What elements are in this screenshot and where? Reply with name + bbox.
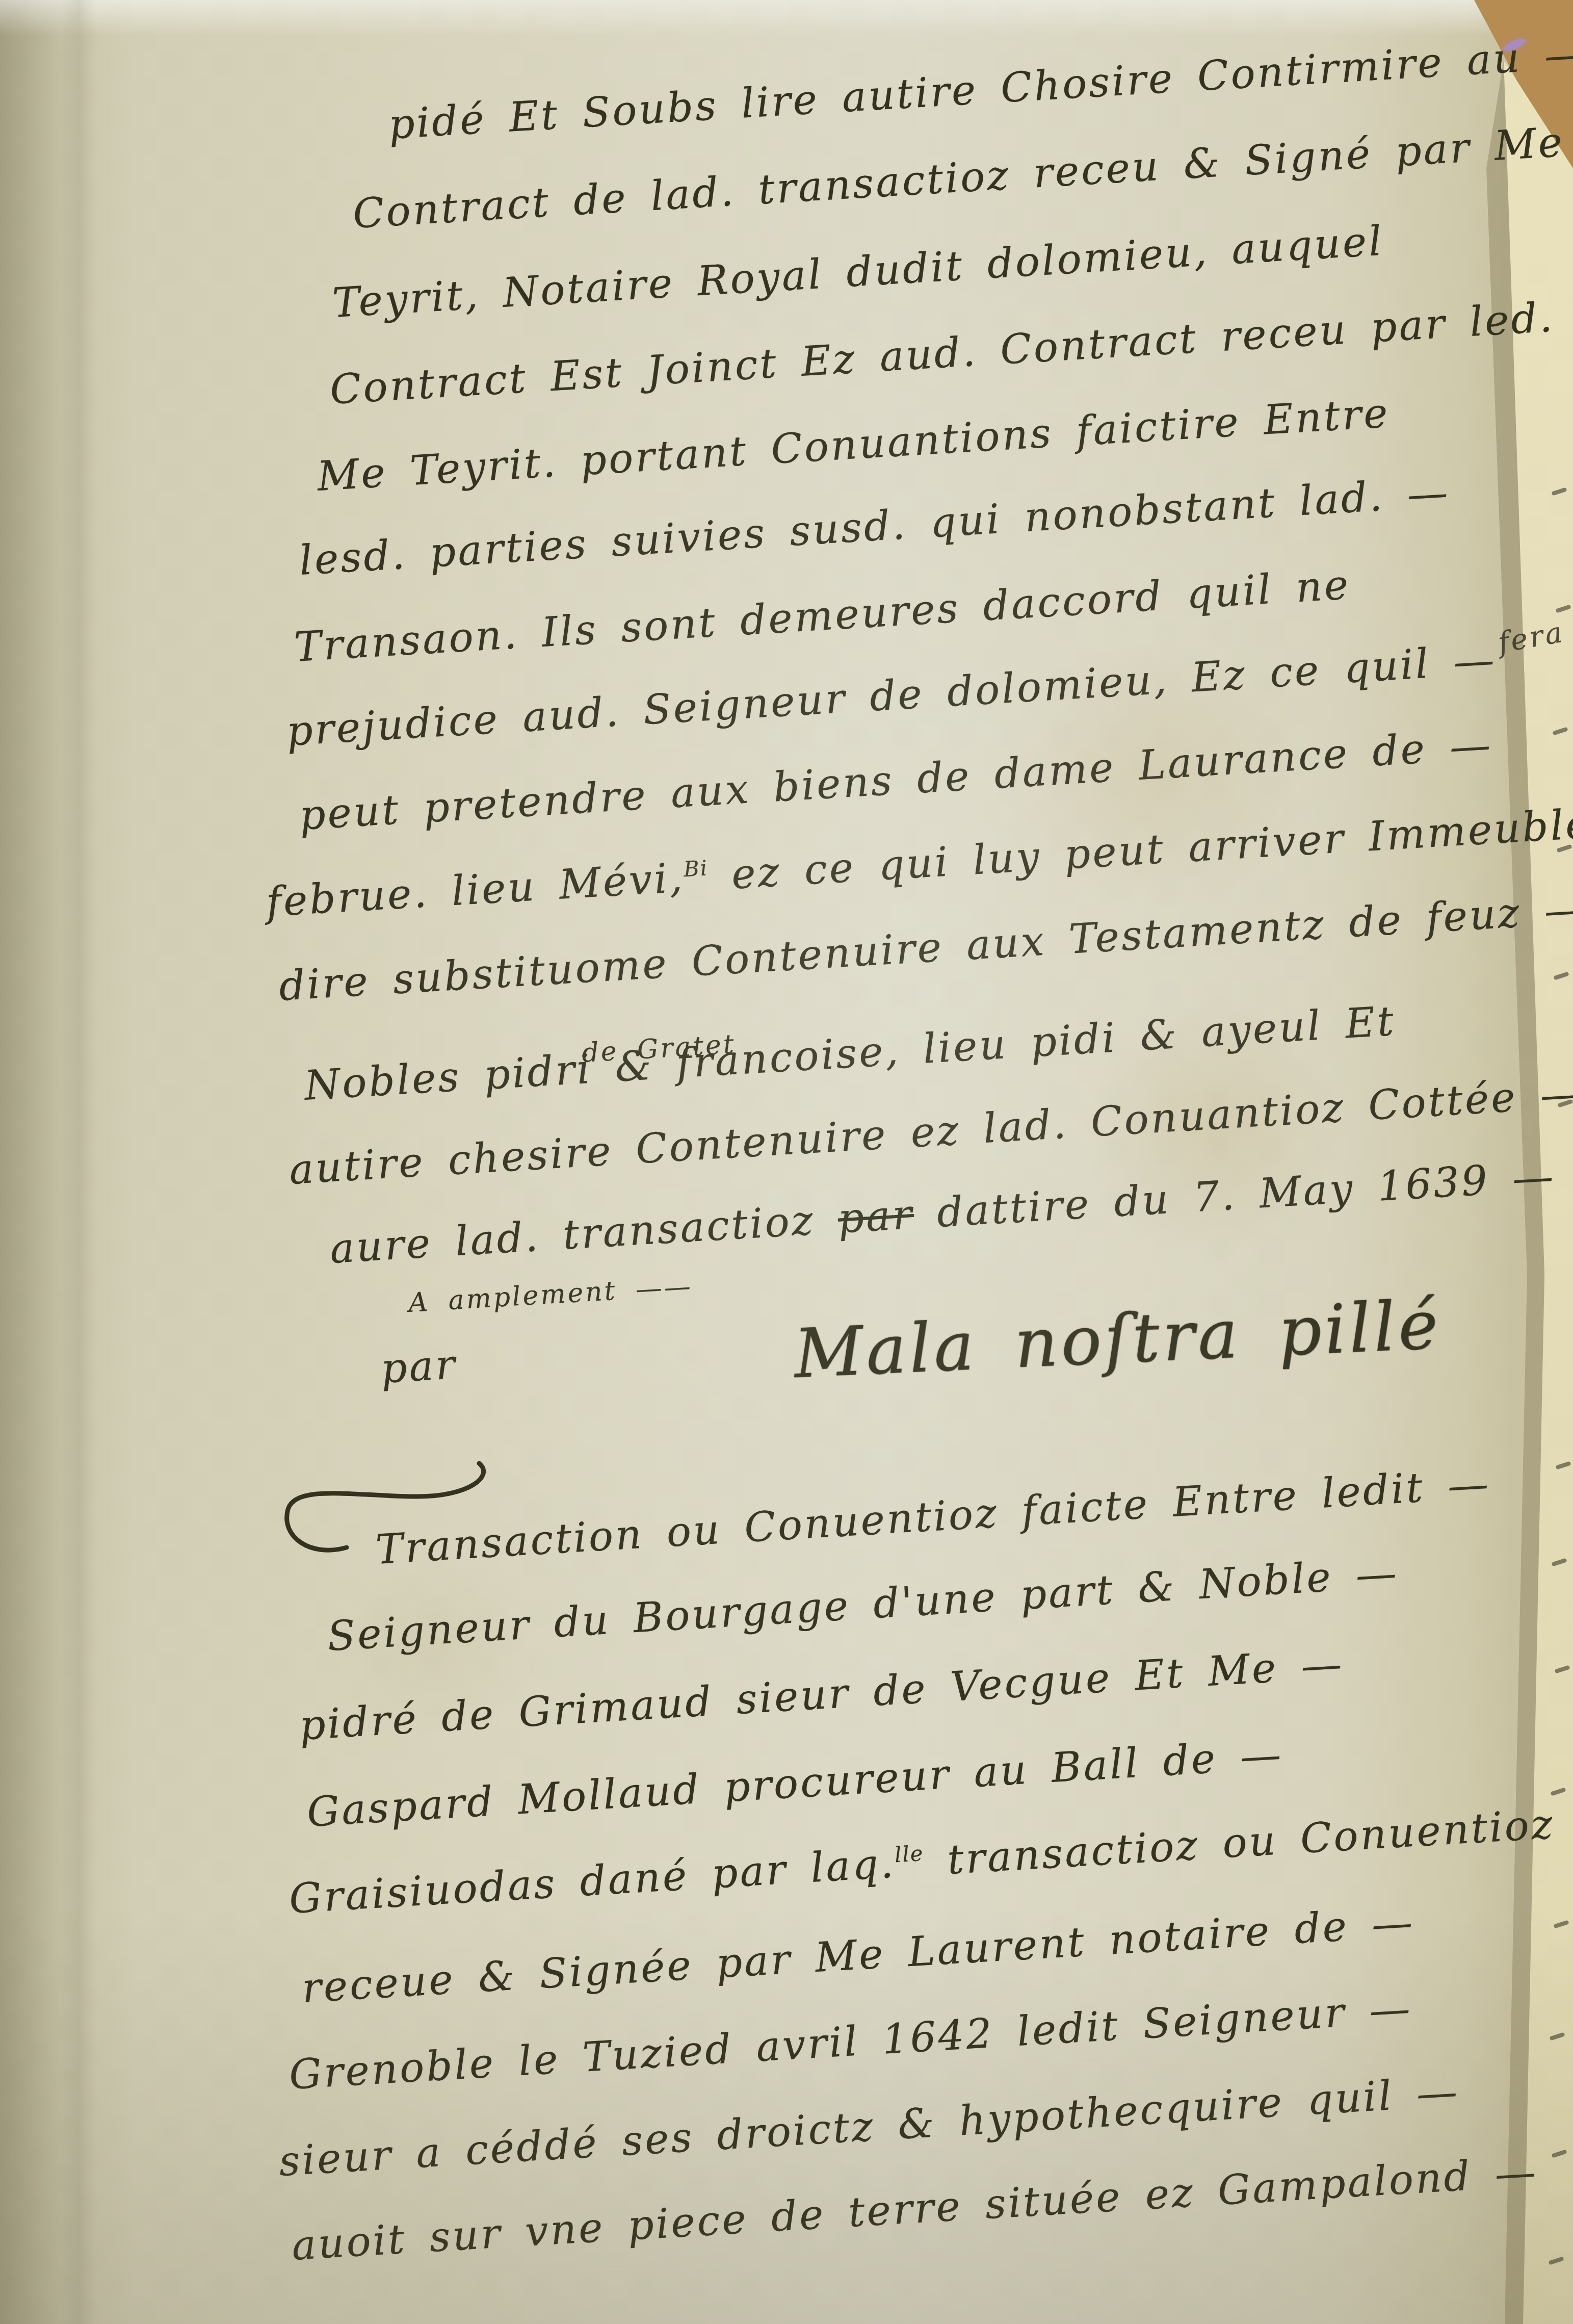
photo-vignette <box>0 0 1573 2324</box>
manuscript-photo: pidé Et Soubs lire autire Chosire Contir… <box>0 0 1573 2324</box>
